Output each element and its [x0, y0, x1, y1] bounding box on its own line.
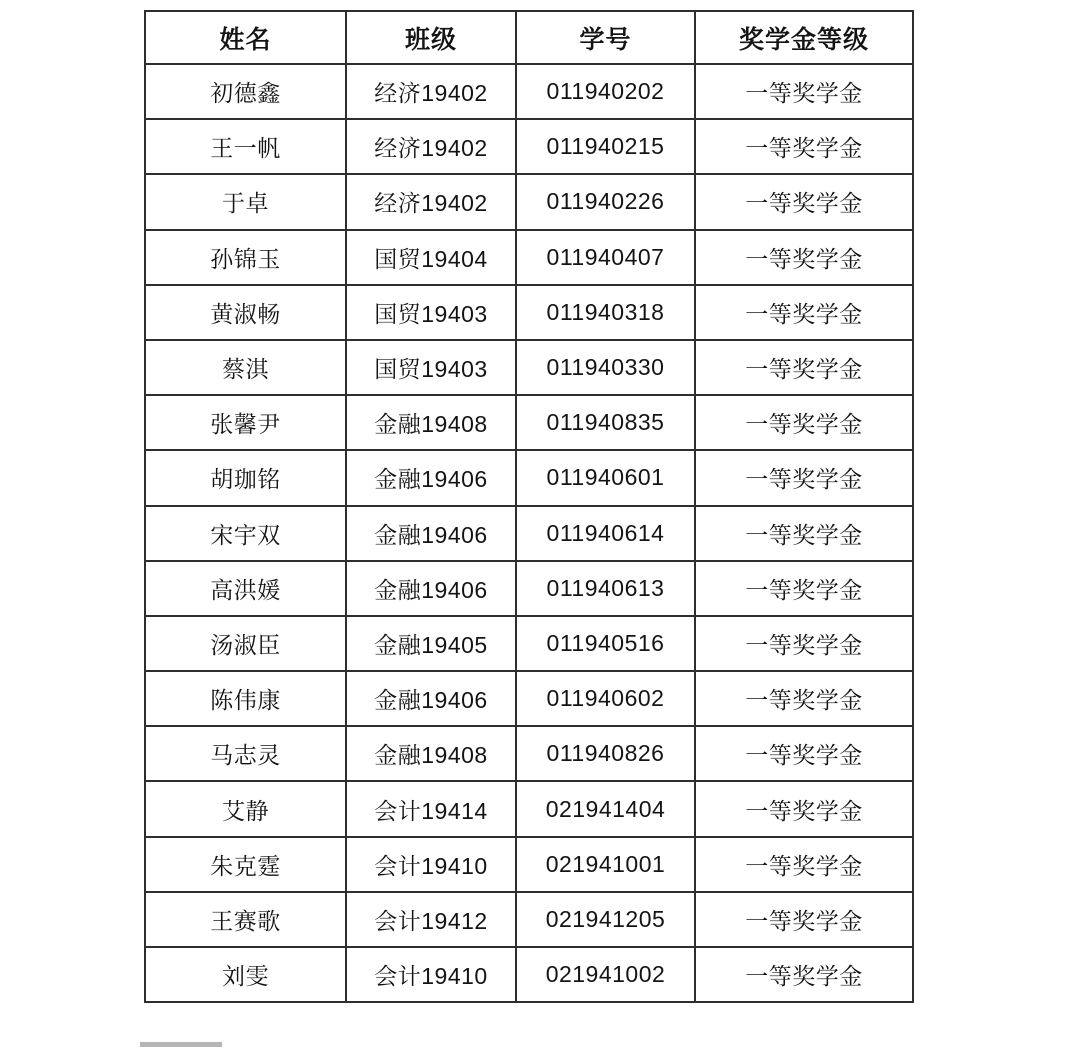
- table-row: 胡珈铭金融19406011940601一等奖学金: [145, 450, 913, 505]
- cell-scholarship-level: 一等奖学金: [695, 340, 913, 395]
- cell-student-id: 011940202: [516, 64, 695, 119]
- scholarship-table: 姓名 班级 学号 奖学金等级 初德鑫经济19402011940202一等奖学金王…: [144, 10, 914, 1003]
- cell-name: 孙锦玉: [145, 230, 346, 285]
- cell-scholarship-level: 一等奖学金: [695, 726, 913, 781]
- cell-name: 刘雯: [145, 947, 346, 1002]
- table-row: 王赛歌会计19412021941205一等奖学金: [145, 892, 913, 947]
- cell-scholarship-level: 一等奖学金: [695, 285, 913, 340]
- col-header-scholarship-level: 奖学金等级: [695, 11, 913, 64]
- cell-name: 王赛歌: [145, 892, 346, 947]
- table-row: 孙锦玉国贸19404011940407一等奖学金: [145, 230, 913, 285]
- cell-class: 会计19410: [346, 947, 516, 1002]
- cell-class: 金融19406: [346, 450, 516, 505]
- cell-student-id: 011940318: [516, 285, 695, 340]
- cell-class: 国贸19404: [346, 230, 516, 285]
- cell-student-id: 021941002: [516, 947, 695, 1002]
- table-row: 陈伟康金融19406011940602一等奖学金: [145, 671, 913, 726]
- cell-name: 初德鑫: [145, 64, 346, 119]
- cell-student-id: 011940407: [516, 230, 695, 285]
- cell-name: 于卓: [145, 174, 346, 229]
- cell-scholarship-level: 一等奖学金: [695, 174, 913, 229]
- cell-scholarship-level: 一等奖学金: [695, 450, 913, 505]
- col-header-name: 姓名: [145, 11, 346, 64]
- cell-scholarship-level: 一等奖学金: [695, 781, 913, 836]
- cell-class: 金融19406: [346, 671, 516, 726]
- cell-scholarship-level: 一等奖学金: [695, 671, 913, 726]
- table-row: 朱克霆会计19410021941001一等奖学金: [145, 837, 913, 892]
- cell-name: 朱克霆: [145, 837, 346, 892]
- table-row: 张馨尹金融19408011940835一等奖学金: [145, 395, 913, 450]
- cell-class: 会计19410: [346, 837, 516, 892]
- table-row: 王一帆经济19402011940215一等奖学金: [145, 119, 913, 174]
- table-row: 马志灵金融19408011940826一等奖学金: [145, 726, 913, 781]
- cell-name: 高洪媛: [145, 561, 346, 616]
- cell-class: 经济19402: [346, 119, 516, 174]
- table-row: 刘雯会计19410021941002一等奖学金: [145, 947, 913, 1002]
- cell-class: 金融19406: [346, 561, 516, 616]
- cell-student-id: 011940215: [516, 119, 695, 174]
- cell-name: 蔡淇: [145, 340, 346, 395]
- cell-name: 陈伟康: [145, 671, 346, 726]
- header-row: 姓名 班级 学号 奖学金等级: [145, 11, 913, 64]
- cell-student-id: 011940330: [516, 340, 695, 395]
- cell-class: 会计19414: [346, 781, 516, 836]
- cell-name: 王一帆: [145, 119, 346, 174]
- cell-student-id: 011940613: [516, 561, 695, 616]
- cell-student-id: 021941001: [516, 837, 695, 892]
- table-row: 黄淑畅国贸19403011940318一等奖学金: [145, 285, 913, 340]
- cell-student-id: 011940614: [516, 506, 695, 561]
- col-header-student-id: 学号: [516, 11, 695, 64]
- cell-class: 国贸19403: [346, 285, 516, 340]
- cell-scholarship-level: 一等奖学金: [695, 230, 913, 285]
- cell-class: 会计19412: [346, 892, 516, 947]
- cell-name: 张馨尹: [145, 395, 346, 450]
- col-header-class: 班级: [346, 11, 516, 64]
- cell-name: 黄淑畅: [145, 285, 346, 340]
- cell-scholarship-level: 一等奖学金: [695, 64, 913, 119]
- cell-class: 国贸19403: [346, 340, 516, 395]
- cell-class: 金融19406: [346, 506, 516, 561]
- cell-class: 金融19408: [346, 726, 516, 781]
- cell-student-id: 011940602: [516, 671, 695, 726]
- cell-class: 经济19402: [346, 64, 516, 119]
- cell-student-id: 011940226: [516, 174, 695, 229]
- table-row: 初德鑫经济19402011940202一等奖学金: [145, 64, 913, 119]
- cell-scholarship-level: 一等奖学金: [695, 506, 913, 561]
- cell-name: 汤淑臣: [145, 616, 346, 671]
- cell-class: 金融19408: [346, 395, 516, 450]
- cell-student-id: 011940516: [516, 616, 695, 671]
- table-row: 于卓经济19402011940226一等奖学金: [145, 174, 913, 229]
- cell-student-id: 021941205: [516, 892, 695, 947]
- table-row: 艾静会计19414021941404一等奖学金: [145, 781, 913, 836]
- cell-student-id: 021941404: [516, 781, 695, 836]
- cutoff-row-fragment: [140, 1042, 222, 1047]
- table-row: 汤淑臣金融19405011940516一等奖学金: [145, 616, 913, 671]
- table-row: 高洪媛金融19406011940613一等奖学金: [145, 561, 913, 616]
- cell-scholarship-level: 一等奖学金: [695, 947, 913, 1002]
- cell-scholarship-level: 一等奖学金: [695, 616, 913, 671]
- cell-name: 艾静: [145, 781, 346, 836]
- table-row: 蔡淇国贸19403011940330一等奖学金: [145, 340, 913, 395]
- cell-name: 马志灵: [145, 726, 346, 781]
- table-row: 宋宇双金融19406011940614一等奖学金: [145, 506, 913, 561]
- cell-scholarship-level: 一等奖学金: [695, 395, 913, 450]
- cell-student-id: 011940601: [516, 450, 695, 505]
- cell-scholarship-level: 一等奖学金: [695, 892, 913, 947]
- cell-student-id: 011940826: [516, 726, 695, 781]
- cell-class: 经济19402: [346, 174, 516, 229]
- cell-name: 宋宇双: [145, 506, 346, 561]
- cell-scholarship-level: 一等奖学金: [695, 119, 913, 174]
- cell-scholarship-level: 一等奖学金: [695, 837, 913, 892]
- cell-scholarship-level: 一等奖学金: [695, 561, 913, 616]
- cell-name: 胡珈铭: [145, 450, 346, 505]
- cell-class: 金融19405: [346, 616, 516, 671]
- cell-student-id: 011940835: [516, 395, 695, 450]
